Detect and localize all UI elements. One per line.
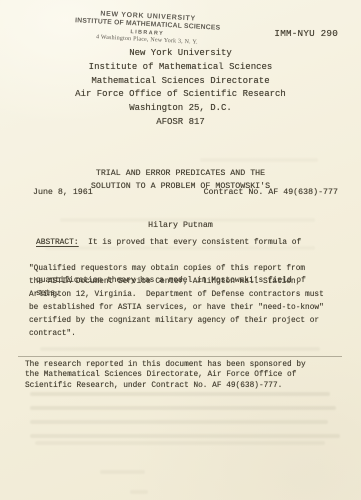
sponsorship-line: the Mathematical Sciences Directorate, A…: [25, 370, 351, 380]
sponsorship-note: The research reported in this document h…: [25, 360, 351, 391]
bleed-through-line: [130, 490, 148, 494]
report-date: June 8, 1961: [33, 188, 93, 197]
bleed-through-line: [200, 158, 318, 162]
sponsorship-line: Scientific Research, under Contract No. …: [25, 381, 351, 391]
distribution-line: Arlington 12, Virginia. Department of De…: [29, 289, 351, 302]
bleed-through-line: [40, 347, 320, 351]
contract-number: Contract No. AF 49(638)-777: [204, 188, 338, 197]
distribution-line: "Qualified requestors may obtain copies …: [29, 263, 351, 276]
bleed-through-line: [30, 392, 330, 396]
distribution-line: the ASTIA Document Service Center, Arlin…: [29, 276, 351, 289]
header-line: Mathematical Sciences Directorate: [0, 75, 361, 89]
header-line: AFOSR 817: [0, 116, 361, 130]
distribution-line: contract".: [29, 328, 351, 341]
header-line: Washington 25, D.C.: [0, 102, 361, 116]
header-line: Institute of Mathematical Sciences: [0, 61, 361, 75]
institution-header: New York UniversityInstitute of Mathemat…: [0, 47, 361, 130]
bleed-through-line: [60, 218, 315, 222]
bleed-through-line: [30, 406, 336, 410]
bleed-through-line: [100, 470, 145, 474]
separator-rule: [18, 356, 342, 357]
meta-row: June 8, 1961 Contract No. AF 49(638)-777: [33, 188, 338, 197]
report-number: IMM-NYU 290: [274, 28, 338, 39]
sponsorship-line: The research reported in this document h…: [25, 360, 351, 370]
header-line: Air Force Office of Scientific Research: [0, 88, 361, 102]
bleed-through-line: [45, 246, 315, 250]
header-line: New York University: [0, 47, 361, 61]
distribution-notice: "Qualified requestors may obtain copies …: [29, 263, 351, 342]
bleed-through-line: [30, 420, 328, 424]
bleed-through-line: [35, 441, 325, 445]
bleed-through-line: [30, 434, 340, 438]
distribution-line: certified by the cognizant military agen…: [29, 315, 351, 328]
title-line: TRIAL AND ERROR PREDICATES AND THE: [0, 167, 361, 180]
distribution-line: be established for ASTIA services, or ha…: [29, 302, 351, 315]
library-stamp: NEW YORK UNIVERSITY INSTITUTE OF MATHEMA…: [49, 8, 245, 48]
document-page: NEW YORK UNIVERSITY INSTITUTE OF MATHEMA…: [0, 0, 361, 500]
